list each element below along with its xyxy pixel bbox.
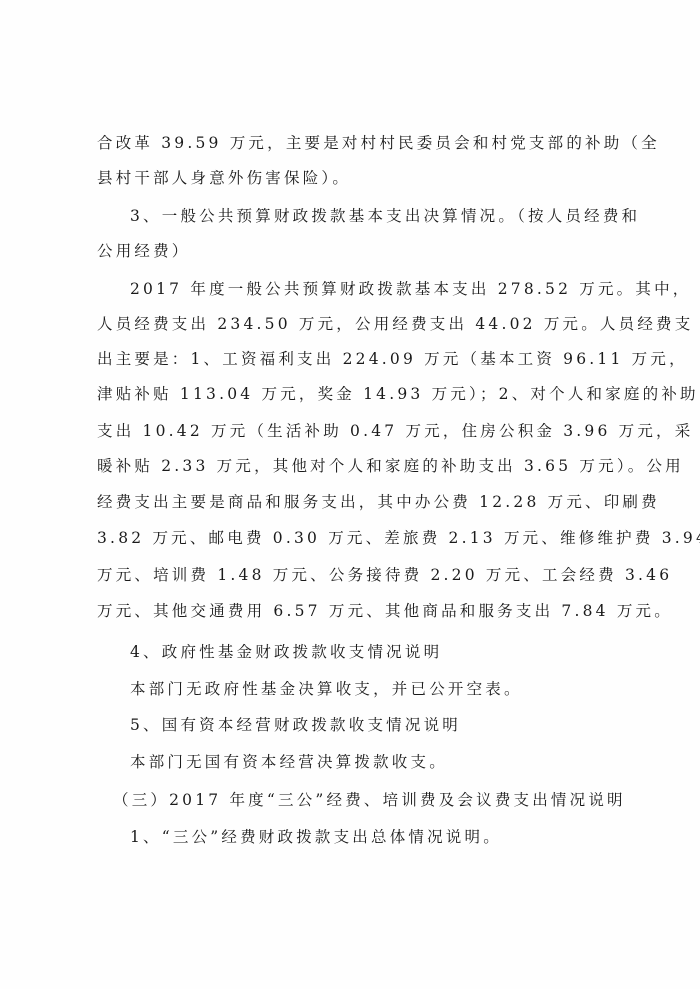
- text-line: 支出 10.42 万元（生活补助 0.47 万元，住房公积金 3.96 万元，采: [97, 421, 607, 441]
- paragraph-start: 本部门无国有资本经营决算拨款收支。: [130, 752, 640, 772]
- section-heading: 1、“三公”经费财政拨款支出总体情况说明。: [130, 827, 640, 847]
- text-line: 公用经费）: [97, 241, 607, 261]
- text-line: 暖补贴 2.33 万元，其他对个人和家庭的补助支出 3.65 万元）。公用: [97, 456, 607, 476]
- text-line: 万元、其他交通费用 6.57 万元、其他商品和服务支出 7.84 万元。: [97, 601, 607, 621]
- paragraph-start: 2017 年度一般公共预算财政拨款基本支出 278.52 万元。其中，: [130, 279, 640, 299]
- text-line: 县村干部人身意外伤害保险）。: [97, 168, 607, 188]
- section-heading: （三）2017 年度“三公”经费、培训费及会议费支出情况说明: [113, 790, 623, 810]
- text-line: 出主要是：1、工资福利支出 224.09 万元（基本工资 96.11 万元，: [97, 349, 607, 369]
- paragraph-start: 本部门无政府性基金决算收支，并已公开空表。: [130, 679, 640, 699]
- text-line: 万元、培训费 1.48 万元、公务接待费 2.20 万元、工会经费 3.46: [97, 565, 607, 585]
- text-line: 3.82 万元、邮电费 0.30 万元、差旅费 2.13 万元、维修维护费 3.…: [97, 528, 607, 548]
- text-line: 人员经费支出 234.50 万元，公用经费支出 44.02 万元。人员经费支: [97, 314, 607, 334]
- text-line: 津贴补贴 113.04 万元，奖金 14.93 万元）；2、对个人和家庭的补助: [97, 384, 607, 404]
- section-heading: 4、政府性基金财政拨款收支情况说明: [130, 642, 640, 662]
- section-heading: 3、一般公共预算财政拨款基本支出决算情况。（按人员经费和: [130, 206, 640, 226]
- document-page: 合改革 39.59 万元，主要是对村村民委员会和村党支部的补助（全 县村干部人身…: [0, 0, 700, 989]
- section-heading: 5、国有资本经营财政拨款收支情况说明: [130, 715, 640, 735]
- text-line: 经费支出主要是商品和服务支出，其中办公费 12.28 万元、印刷费: [97, 492, 607, 512]
- text-line: 合改革 39.59 万元，主要是对村村民委员会和村党支部的补助（全: [97, 133, 607, 153]
